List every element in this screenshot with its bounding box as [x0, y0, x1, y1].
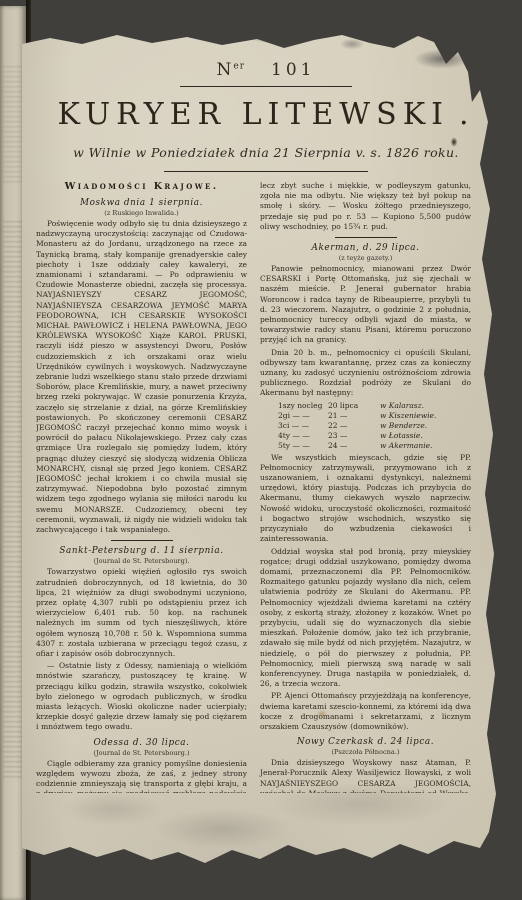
title-text: KURYER LITEWSKI [58, 97, 449, 132]
itinerary-ordinal: 1szy nocleg [266, 401, 328, 411]
article-source-akerman: (z teyże gazety.) [260, 254, 471, 262]
itinerary-date: 23 — [328, 431, 380, 441]
scan-background: Ner101 KURYER LITEWSKI. w Wilnie w Ponie… [0, 0, 522, 900]
paragraph: Poświęcenie wody odbyło się tu dnia dzis… [36, 219, 247, 535]
itinerary-place: w Łotassie. [380, 431, 423, 441]
paragraph: Panowie pełnomocnicy, mianowani przez Dw… [260, 264, 471, 346]
section-divider [111, 540, 173, 541]
masthead-rule [180, 86, 352, 87]
article-source-nowy-czerkask: (Pszczoła Północna.) [260, 748, 471, 756]
itinerary-row: 1szy nocleg 20 lipca w Kalarasz. [266, 401, 471, 411]
article-heading-akerman: Akerman, d. 29 lipca. [260, 243, 471, 253]
itinerary-row: 4ty — — 23 — w Łotassie. [266, 431, 471, 441]
itinerary-place: w Kiszeniewie. [380, 411, 436, 421]
paragraph-continuation: lecz zbyt suche i miękkie, w podleyszym … [260, 181, 471, 232]
adjacent-page-text-blur [3, 221, 24, 781]
issue-superscript: er [233, 61, 245, 71]
paragraph: We wszystkich mieyscach, gdzie się PP. P… [260, 453, 471, 545]
paragraph: Ciągle odbieramy zza granicy pomyślne do… [36, 759, 247, 793]
travel-itinerary: 1szy nocleg 20 lipca w Kalarasz. 2gi — —… [266, 401, 471, 452]
itinerary-row: 3ci — — 22 — w Benderze. [266, 421, 471, 431]
itinerary-date: 24 — [328, 441, 380, 451]
itinerary-date: 20 lipca [328, 401, 380, 411]
issue-value: 101 [271, 60, 315, 80]
itinerary-row: 2gi — — 21 — w Kiszeniewie. [266, 411, 471, 421]
article-source-moskwa: (z Ruskiego Inwalida.) [36, 209, 247, 217]
article-heading-moskwa: Moskwa dnia 1 sierpnia. [36, 198, 247, 208]
dateline: w Wilnie w Poniedziałek dnia 21 Sierpnia… [22, 145, 510, 160]
article-source-odessa: (Journal de St. Petersbourg.) [36, 749, 247, 757]
itinerary-date: 22 — [328, 421, 380, 431]
itinerary-date: 21 — [328, 411, 380, 421]
itinerary-ordinal: 5ty — — [266, 441, 328, 451]
masthead: Ner101 KURYER LITEWSKI. w Wilnie w Ponie… [22, 60, 510, 172]
paragraph: Dnia 20 b. m., pełnomocnicy ci opuścili … [260, 348, 471, 399]
itinerary-ordinal: 3ci — — [266, 421, 328, 431]
itinerary-ordinal: 4ty — — [266, 431, 328, 441]
dateline-rule [164, 171, 368, 172]
left-column: Wiadomości Krajowe. Moskwa dnia 1 sierpn… [36, 181, 247, 793]
paragraph: Oddział woyska stał pod bronią, przy mie… [260, 547, 471, 690]
page-columns: Wiadomości Krajowe. Moskwa dnia 1 sierpn… [36, 181, 497, 793]
article-source-petersburg: (Journal de St. Petersbourg). [36, 557, 247, 565]
article-heading-odessa: Odessa d. 30 lipca. [36, 738, 247, 748]
paragraph: Dnia dzisieyszego Woyskowy nasz Ataman, … [260, 758, 471, 793]
paragraph: PP. Ajenci Ottomańscy przyjeżdżają na ko… [260, 691, 471, 732]
title-period: . [459, 97, 475, 132]
issue-number: Ner101 [22, 60, 510, 80]
itinerary-place: w Benderze. [380, 421, 427, 431]
adjacent-page-text-blur [3, 66, 24, 186]
section-divider [335, 237, 397, 238]
section-heading-domestic-news: Wiadomości Krajowe. [36, 181, 247, 192]
itinerary-row: 5ty — — 24 — w Akermanie. [266, 441, 471, 451]
issue-letter: N [217, 60, 234, 80]
article-heading-nowy-czerkask: Nowy Czerkask d. 24 lipca. [260, 737, 471, 747]
paragraph: Towarzystwo opieki więźień ogłosiło rys … [36, 567, 247, 659]
itinerary-place: w Akermanie. [380, 441, 432, 451]
paragraph: — Ostatnie listy z Odessy, namieniają o … [36, 661, 247, 732]
itinerary-place: w Kalarasz. [380, 401, 424, 411]
newspaper-title: KURYER LITEWSKI. [22, 97, 510, 132]
article-heading-petersburg: Sankt-Petersburg d. 11 sierpnia. [36, 546, 247, 556]
itinerary-ordinal: 2gi — — [266, 411, 328, 421]
newspaper-page: Ner101 KURYER LITEWSKI. w Wilnie w Ponie… [22, 14, 510, 900]
right-column: lecz zbyt suche i miękkie, w podleyszym … [260, 181, 471, 793]
